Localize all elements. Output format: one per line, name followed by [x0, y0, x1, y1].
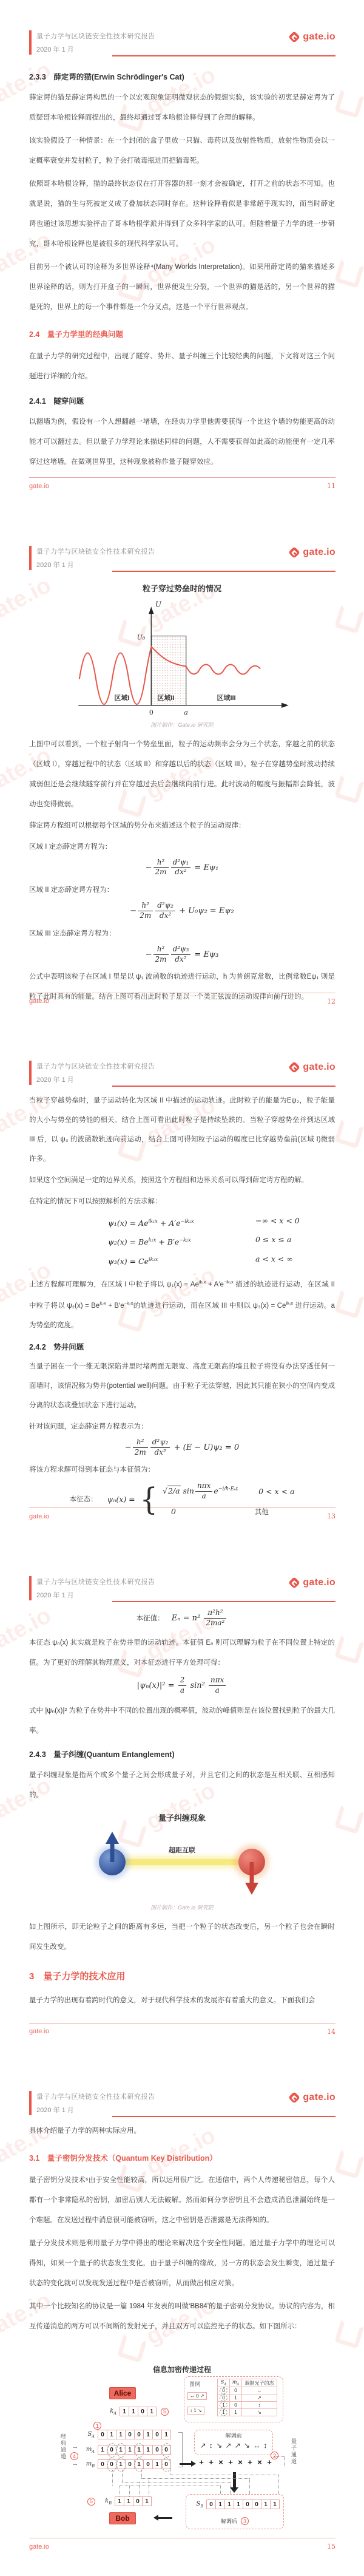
page-12: gate.io gate.io gate.io gate.io 量子力学与区块链…	[0, 515, 364, 1031]
paragraph: 薛定谔的猫是薛定谔构思的一个以宏观现象证明微观状态的假想实验，该实验的初衷是薛定…	[29, 88, 335, 128]
paragraph: 针对该问题，定态薛定谔方程表示为：	[29, 1417, 335, 1436]
dotted-connector	[278, 2475, 279, 2494]
link-bar	[125, 1859, 239, 1865]
entanglement-diagram: 超距互联	[67, 1827, 297, 1901]
arrow-to-ma: →	[72, 2443, 78, 2450]
bit-cell: 0	[98, 2459, 107, 2469]
header-report-title: 量子力学与区块链安全性技术研究报告	[36, 31, 155, 41]
paragraph: 公式中表明该粒子在区域 I 里是以 ψ₁ 波函数的轨迹进行运动，h 为普朗克常数…	[29, 967, 335, 1007]
page-footer: gate.io 11	[29, 477, 335, 490]
page-11-content: 2.3.3 薛定谔的猫(Erwin Schrödinger's Cat) 薛定谔…	[29, 63, 335, 475]
arrow-to-mb: →	[72, 2460, 78, 2467]
legend-title: 图例	[189, 2380, 200, 2388]
dotted-connector	[149, 2478, 149, 2496]
symbol-cell: +	[226, 2458, 235, 2467]
postmod-label-row: 解调后 3	[186, 2517, 283, 2525]
bit-cell: 1	[134, 2459, 144, 2469]
watermark	[333, 87, 364, 120]
spin-down-arrow	[245, 1883, 258, 1895]
bit-cell: 1	[143, 2445, 153, 2455]
section-heading-31: 3.1 量子密钥分发技术（Quantum Key Distribution）	[29, 2152, 335, 2163]
bit-cell: 1	[161, 2430, 171, 2439]
equation-eigenvalue: 本征值： Eₙ = n² π²h²2ma²	[29, 1609, 335, 1628]
solution-eq2: ψ₂(x) = Bek₂x + B′e−k₂x0 ≤ x ≤ a	[29, 1232, 335, 1249]
bit-cell: 0	[134, 2430, 144, 2439]
header-brand: gate.io	[290, 547, 335, 558]
bit-cell: 0	[107, 2445, 116, 2455]
equation-region1: −h²2md²ψ₁dx² = Eψ₁	[29, 858, 335, 877]
symbol-cell: +	[206, 2458, 216, 2467]
bit-cell: 1	[129, 2407, 138, 2416]
brand-text: gate.io	[303, 547, 335, 558]
bit-cell: 1	[98, 2445, 107, 2455]
paragraph: 上图中可以看到，一个粒子射向一个势垒里面，粒子的运动频率会分为三个状态，穿越之前…	[29, 735, 335, 815]
dotted-connector	[249, 2478, 250, 2494]
symbol-cell: ↔	[253, 2441, 260, 2450]
brand-text: gate.io	[303, 32, 335, 42]
mb-label: mB	[81, 2461, 95, 2469]
step-3-badge: 3	[241, 2517, 249, 2525]
symbol-cell: ↗	[235, 2441, 241, 2450]
header-accent-bar	[29, 1061, 32, 1085]
page-15: gate.io gate.io gate.io gate.io 量子力学与区块链…	[0, 2061, 364, 2576]
dotted-connector	[170, 2475, 278, 2475]
bit-cell: 1	[116, 2445, 126, 2455]
watermark	[333, 1803, 364, 1835]
bit-cell: 1	[234, 2500, 243, 2509]
paragraph: 在特定的情况下可以按照解析的方法求解：	[29, 1192, 335, 1211]
header-accent-bar	[29, 1576, 32, 1600]
header-rule	[112, 2116, 335, 2117]
symbol-cell: ↗	[200, 2441, 206, 2450]
page-footer: gate.io 15	[29, 2538, 335, 2551]
header-accent-bar	[29, 2091, 32, 2115]
header-accent-bar	[29, 30, 32, 55]
section-heading-242: 2.4.2 势井问题	[29, 1341, 335, 1352]
step-2-badge: 2	[271, 2452, 278, 2459]
ma-cells: 10111100	[98, 2445, 170, 2455]
axis-label-0: 0	[149, 709, 153, 716]
bit-cell: 0	[107, 2459, 116, 2469]
page-number: 11	[327, 482, 335, 490]
page-footer: gate.io 14	[29, 2023, 335, 2036]
dotted-connector	[122, 2470, 123, 2482]
paragraph: 在量子力学的研究过程中，出现了隧穿、势井、量子纠缠三个比较经典的问题，下文将对这…	[29, 347, 335, 387]
figure-title-entanglement: 量子纠缠现象	[29, 1812, 335, 1823]
step-5-badge: 5	[161, 2408, 169, 2416]
bit-cell: 1	[224, 2500, 234, 2509]
photon-states: ↗↕↘↗↗↘↔↕	[195, 2441, 272, 2450]
bit-cell: 0	[161, 2459, 171, 2469]
paragraph: 如上图所示，即无论粒子之间的距离有多远，当把一个粒子的状态改变后，另一个粒子也会…	[29, 1917, 335, 1957]
dotted-connector	[141, 2470, 142, 2478]
bit-cell: 1	[142, 2496, 152, 2506]
symbol-cell: ↘	[216, 2441, 222, 2450]
bit-cell: 1	[115, 2496, 124, 2506]
region2-label: 区域II	[157, 693, 174, 702]
mb-row: mB 00101010	[81, 2459, 170, 2469]
bit-cell: 1	[116, 2430, 126, 2439]
paragraph: 量子分发技术则是利用量子力学中得出的理论来解决这个安全性问题。通过量子力学中的理…	[29, 2234, 335, 2294]
equation-well: −h²2md²ψ₂dx² + (E − U)ψ₂ = 0	[29, 1438, 335, 1457]
watermark	[333, 2317, 364, 2350]
symbol-cell: ×	[255, 2458, 265, 2467]
bit-cell: 0	[161, 2445, 171, 2455]
sb-row: SB 01110011	[190, 2500, 279, 2509]
bit-cell: 0	[98, 2430, 107, 2439]
gateio-logo-icon	[288, 546, 300, 559]
sa-label: SA	[81, 2431, 95, 2439]
bit-cell: 1	[120, 2407, 129, 2416]
step-4-badge: 4	[70, 2452, 78, 2460]
header-date: 2020 年 1 月	[36, 2105, 74, 2115]
dotted-connector	[120, 2486, 220, 2486]
bit-cell: 0	[125, 2430, 135, 2439]
paragraph: 量子密钥分发技术⁵由于安全性能较高，所以运用很广泛。在通信中，两个人传递秘密信息…	[29, 2170, 335, 2231]
bit-cell: 1	[270, 2500, 280, 2509]
section-heading-233: 2.3.3 薛定谔的猫(Erwin Schrödinger's Cat)	[29, 71, 335, 82]
dotted-connector	[139, 2482, 140, 2496]
dotted-connector	[112, 2470, 113, 2486]
paragraph: 将该方程求解可得到本征态与本征值为：	[29, 1460, 335, 1480]
link-label: 超距互联	[169, 1846, 195, 1854]
header-date: 2020 年 1 月	[36, 44, 74, 54]
bit-cell: 1	[134, 2445, 144, 2455]
axis-label-a: a	[184, 709, 188, 716]
page-number: 15	[327, 2543, 335, 2551]
page-14: gate.io gate.io gate.io gate.io 量子力学与区块链…	[0, 1546, 364, 2061]
paragraph: 本征态 ψₙ(x) 其实就是粒子在势井里的运动轨迹。本征值 Eₙ 则可以理解为粒…	[29, 1633, 335, 1673]
page-12-content: 粒子穿过势垒时的情况 U U₀ 0	[29, 576, 335, 1011]
watermark	[333, 772, 364, 805]
arrow-mb-to-bases	[180, 2463, 192, 2465]
header-report-title: 量子力学与区块链安全性技术研究报告	[36, 1577, 155, 1586]
gateio-logo-icon	[288, 2092, 300, 2104]
classic-channel-label: 经典通道	[59, 2433, 67, 2460]
paragraph: 如果这个空间满足一定的边界关系，按照这个方程组和边界关系可以得到薛定谔方程的解。	[29, 1171, 335, 1190]
paragraph: 式中 |ψₙ(x)|² 为粒子在势井中不同的位置出现的概率值，波动的峰值则是在该…	[29, 1701, 335, 1741]
paragraph: 目前另一个被认可的诠释为多世界诠释⁴(Many Worlds Interpret…	[29, 257, 335, 318]
dotted-connector	[230, 2482, 231, 2494]
brand-text: gate.io	[303, 1062, 335, 1073]
header-report-title: 量子力学与区块链安全性技术研究报告	[36, 546, 155, 556]
sb-cells: 01110011	[206, 2500, 279, 2509]
symbol-cell: +	[245, 2458, 255, 2467]
header-rule	[112, 55, 335, 56]
solution-eq1: ψ₁(x) = Aeik₁x + A′e−ik₁x−∞ < x < 0	[29, 1214, 335, 1231]
symbol-cell: ↗	[225, 2441, 231, 2450]
entanglement-figure: 量子纠缠现象 超距互	[29, 1812, 335, 1911]
page-15-content: 具体介绍量子力学的两种实际应用。 3.1 量子密钥分发技术（Quantum Ke…	[29, 2121, 335, 2340]
header-accent-bar	[29, 546, 32, 570]
rows-brace	[178, 2432, 183, 2467]
kb-cells: 1101	[115, 2496, 151, 2506]
ka-row: kA 1101 5	[103, 2407, 169, 2416]
footer-brand: gate.io	[29, 483, 49, 490]
section-heading-243: 2.4.3 量子纠缠(Quantum Entanglement)	[29, 1748, 335, 1759]
figure-title-tunneling: 粒子穿过势垒时的情况	[29, 582, 335, 594]
paragraph: 上述方程解可理解为，在区域 I 中粒子将以 ψ₁(x) = Aeik₁x + A…	[29, 1273, 335, 1336]
header-brand: gate.io	[290, 2092, 335, 2103]
mb-cells: 00101010	[98, 2459, 170, 2469]
equation-intro: 区域 I 定态薛定谔方程为：	[29, 837, 335, 857]
legend-box: 图例 ↔ 0 ↗ ↕ 1 ↘ SA mA 调制光子的态 00↔ 01↗ 10↕ …	[184, 2376, 283, 2422]
tunneling-diagram: U U₀ 0 a 区域I 区域II 区域III	[69, 597, 295, 718]
step-1-badge: 1	[93, 2422, 101, 2430]
watermark	[333, 1117, 364, 1150]
page-14-content: 本征值： Eₙ = n² π²h²2ma² 本征态 ψₙ(x) 其实就是粒子在势…	[29, 1606, 335, 2014]
bit-cell: 0	[133, 2496, 143, 2506]
paragraph: 当粒子穿越势垒时，量子运动转化为区域 II 中描述的运动轨迹。此时粒子的能量为E…	[29, 1091, 335, 1169]
legend-key-0: ↔ 0 ↗	[187, 2392, 207, 2400]
bit-cell: 1	[124, 2496, 133, 2506]
bit-cell: 0	[152, 2430, 162, 2439]
sb-label: SB	[190, 2501, 203, 2509]
ka-cells: 1101	[120, 2407, 156, 2416]
premod-box: 解调前 ↗↕↘↗↗↘↔↕	[194, 2430, 273, 2455]
bob-box: Bob	[109, 2512, 136, 2524]
paragraph: 依照哥本哈根诠释，猫的最终状态仅在打开容器的那一刻才会被确定，打开之前的状态不可…	[29, 174, 335, 254]
bit-cell: 0	[243, 2500, 252, 2509]
bit-cell: 1	[107, 2430, 116, 2439]
brand-text: gate.io	[303, 2092, 335, 2103]
bit-cell: 1	[261, 2500, 271, 2509]
arrow-sb-to-bob	[158, 2517, 172, 2519]
section-heading-241: 2.4.1 隧穿问题	[29, 395, 335, 406]
bit-cell: 1	[215, 2500, 225, 2509]
bases-row: ++×+×+×+	[197, 2458, 274, 2467]
equation-region2: −h²2md²ψ₂dx² + U₀ψ₂ = Eψ₂	[29, 902, 335, 920]
axis-label-u: U	[155, 600, 162, 608]
dotted-connector	[120, 2486, 120, 2496]
watermark	[333, 257, 364, 290]
region1-label: 区域I	[114, 693, 129, 702]
kb-label: kB	[98, 2498, 112, 2506]
bit-cell: 1	[152, 2459, 162, 2469]
paragraph: 具体介绍量子力学的两种实际应用。	[29, 2121, 335, 2141]
header-brand: gate.io	[290, 1062, 335, 1073]
watermark	[333, 1287, 364, 1320]
paragraph: 其中一个比较知名的协议是一篇 1984 年发表的叫做‘BB84’的量子密码分发协…	[29, 2297, 335, 2337]
kb-row: 5 kB 1101	[87, 2496, 151, 2506]
header-date: 2020 年 1 月	[36, 560, 74, 569]
watermark	[333, 1633, 364, 1665]
postmod-label: 解调后	[221, 2517, 237, 2525]
bit-cell: 0	[152, 2445, 162, 2455]
symbol-cell: +	[197, 2458, 206, 2467]
bb84-diagram: Alice kA 1101 5 1 SA 01100101 mA 1011110…	[29, 2371, 335, 2532]
dotted-connector	[129, 2486, 130, 2496]
header-brand: gate.io	[290, 32, 335, 42]
dotted-connector	[220, 2486, 221, 2494]
symbol-cell: ↕	[263, 2441, 267, 2450]
gateio-logo-icon	[288, 31, 300, 43]
ma-label: mA	[81, 2446, 95, 2454]
solution-eq3: ψ₃(x) = Ceik₁xa < x < ∞	[29, 1252, 335, 1269]
bit-cell: 0	[143, 2459, 153, 2469]
page-13-content: 当粒子穿越势垒时，量子运动转化为区域 II 中描述的运动轨迹。此时粒子的能量为E…	[29, 1091, 335, 1521]
dotted-connector	[141, 2478, 249, 2479]
bit-cell: 0	[125, 2459, 135, 2469]
report-document: gate.io gate.io gate.io gate.io 量子力学与区块链…	[0, 0, 364, 2576]
footer-brand: gate.io	[29, 2028, 49, 2035]
equation-eigenstate: 本征态： ψₙ(x) = { √2/a sinnπxae−i/ħ·Eₙt 0 <…	[29, 1482, 335, 1517]
dotted-connector	[170, 2470, 171, 2475]
sb-box: SB 01110011 解调后 3	[186, 2494, 284, 2529]
symbol-cell: ↘	[244, 2441, 250, 2450]
page-11: gate.io gate.io gate.io gate.io 量子力学与区块链…	[0, 0, 364, 515]
quantum-channel-label: 量子通道	[290, 2438, 298, 2465]
bit-cell: 0	[252, 2500, 261, 2509]
header-rule	[112, 1601, 335, 1602]
bit-cell: 1	[147, 2407, 157, 2416]
symbol-cell: ×	[235, 2458, 245, 2467]
header-rule	[112, 1086, 335, 1087]
symbol-cell: ↕	[209, 2441, 213, 2450]
bit-cell: 1	[143, 2430, 153, 2439]
section-heading-3: 3 量子力学的技术应用	[29, 1969, 335, 1982]
gateio-logo-icon	[288, 1577, 300, 1589]
premod-label: 解调前	[195, 2432, 272, 2439]
gateio-logo-icon	[288, 1061, 300, 1073]
page-13: gate.io gate.io gate.io gate.io 量子力学与区块链…	[0, 1030, 364, 1546]
sa-row: SA 01100101	[81, 2430, 170, 2439]
bit-cell: 1	[125, 2445, 135, 2455]
step-5b-badge: 5	[87, 2498, 95, 2506]
equation-intro: 区域 II 定态薛定谔方程为：	[29, 880, 335, 900]
watermark	[333, 602, 364, 635]
ma-row: mA 10111100	[81, 2445, 170, 2455]
symbol-cell: ×	[216, 2458, 226, 2467]
paragraph: 以翻墙为例，假设有一个人想翻越一堵墙，在经典力学里他需要获得一个比这个墙的势能更…	[29, 412, 335, 472]
sa-cells: 01100101	[98, 2430, 170, 2439]
bit-cell: 1	[116, 2459, 126, 2469]
ka-label: kA	[103, 2408, 116, 2416]
region3-label: 区域III	[217, 693, 235, 702]
legend-table: SA mA 调制光子的态 00↔ 01↗ 10↕ 11↘	[217, 2379, 277, 2416]
page-number: 14	[327, 2028, 335, 2036]
equation-probability: |ψₙ(x)|² = 2a sin² nπxa	[29, 1676, 335, 1695]
header-brand: gate.io	[290, 1577, 335, 1588]
header-report-title: 量子力学与区块链安全性技术研究报告	[36, 2092, 155, 2101]
paragraph: 当量子困在一个一维无限深陷井里时堵两面无限宽、高度无限高的墙且粒子将没有办法穿透…	[29, 1357, 335, 1415]
equation-intro: 区域 III 定态薛定谔方程为：	[29, 924, 335, 944]
section-heading-24: 2.4 量子力学里的经典问题	[29, 328, 335, 339]
footer-brand: gate.io	[29, 2543, 49, 2551]
quantum-elbow-v	[284, 2456, 285, 2467]
alice-box: Alice	[109, 2387, 136, 2399]
header-report-title: 量子力学与区块链安全性技术研究报告	[36, 1061, 155, 1071]
header-date: 2020 年 1 月	[36, 1590, 74, 1600]
header-date: 2020 年 1 月	[36, 1075, 74, 1084]
paragraph: 量子纠缠现象是指两个或多个量子之间会形成量子对，并且它们之间的状态是互相关联、互…	[29, 1765, 335, 1806]
paragraph: 该实验假设了一种情景：在一个封闭的盒子里放一只猫、毒药以及放射性物质，放射性物质…	[29, 131, 335, 171]
figure-caption: 图片制作：Gate.io 研究院	[29, 1903, 335, 1911]
spin-up-arrow	[106, 1832, 119, 1844]
axis-label-u0: U₀	[137, 633, 146, 641]
figure-caption: 图片制作：Gate.io 研究院	[29, 721, 335, 729]
equation-region3: −h²2md²ψ₃dx² = Eψ₃	[29, 945, 335, 964]
header-rule	[112, 571, 335, 572]
paragraph: 薛定谔方程组可以根据每个区域的势分布来描述这个粒子的运动规律：	[29, 816, 335, 836]
watermark	[333, 2147, 364, 2180]
brand-text: gate.io	[303, 1577, 335, 1588]
bit-cell: 0	[138, 2407, 147, 2416]
dotted-connector	[122, 2482, 230, 2483]
legend-key-1: ↕ 1 ↘	[187, 2407, 204, 2415]
bit-cell: 0	[206, 2500, 216, 2509]
paragraph: 量子力学的出现有着跨时代的意义，对于现代科学技术的发展亦有着重大的意义。下面我们…	[29, 1991, 335, 2011]
